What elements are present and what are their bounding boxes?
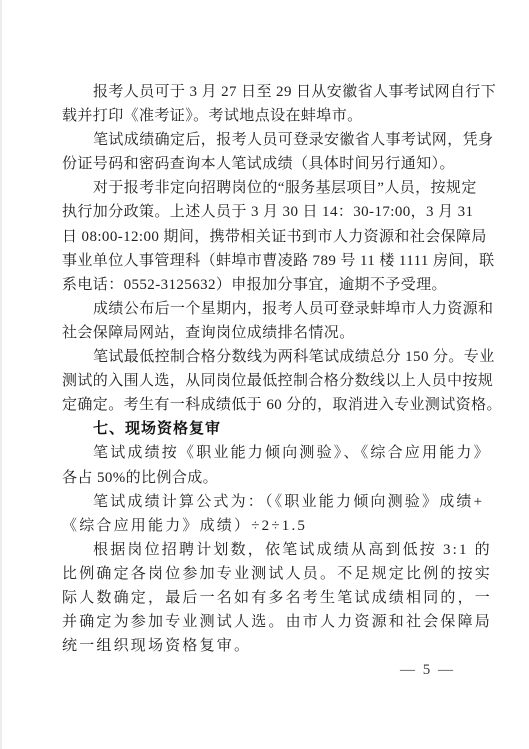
text-line: 并确定为参加专业测试人选。由市人力资源和社会保障局 <box>62 610 469 634</box>
page-number: — 5 — <box>400 662 455 679</box>
document-page: 报考人员可于 3 月 27 日至 29 日从安徽省人事考试网自行下 载并打印《准… <box>0 0 529 749</box>
text-line: 各占 50%的比例合成。 <box>62 466 469 490</box>
text-line: 成绩公布后一个星期内，报考人员可登录蚌埠市人力资源和 <box>62 297 469 321</box>
text-line: 比例确定各岗位参加专业测试人员。不足规定比例的按实 <box>62 562 469 586</box>
text-line: 对于报考非定向招聘岗位的“服务基层项目”人员，按规定 <box>62 176 469 200</box>
text-line: 社会保障局网站，查询岗位成绩排名情况。 <box>62 321 469 345</box>
text-line: 系电话：0552-3125632）申报加分事宜，逾期不予受理。 <box>62 273 469 297</box>
text-line: 笔试成绩计算公式为：（《职业能力倾向测验》成绩+ <box>62 490 469 514</box>
text-line: 事业单位人事管理科（蚌埠市曹凌路 789 号 11 楼 1111 房间，联 <box>62 249 469 273</box>
scan-edge-artifact <box>0 0 2 749</box>
document-body: 报考人员可于 3 月 27 日至 29 日从安徽省人事考试网自行下 载并打印《准… <box>62 80 469 658</box>
text-line: 笔试成绩按《职业能力倾向测验》、《综合应用能力》 <box>62 441 469 465</box>
text-line: 载并打印《准考证》。考试地点设在蚌埠市。 <box>62 104 469 128</box>
text-line: 执行加分政策。上述人员于 3 月 30 日 14：30-17:00，3 月 31 <box>62 200 469 224</box>
text-line: 际人数确定，最后一名如有多名考生笔试成绩相同的，一 <box>62 586 469 610</box>
text-line: 笔试最低控制合格分数线为两科笔试成绩总分 150 分。专业 <box>62 345 469 369</box>
text-line: 《综合应用能力》成绩）÷2÷1.5 <box>62 514 469 538</box>
text-line: 份证号码和密码查询本人笔试成绩（具体时间另行通知）。 <box>62 152 469 176</box>
text-line: 根据岗位招聘计划数，依笔试成绩从高到低按 3:1 的 <box>62 538 469 562</box>
text-line: 报考人员可于 3 月 27 日至 29 日从安徽省人事考试网自行下 <box>62 80 469 104</box>
text-line: 统一组织现场资格复审。 <box>62 634 469 658</box>
section-heading: 七、现场资格复审 <box>62 417 469 441</box>
text-line: 定确定。考生有一科成绩低于 60 分的，取消进入专业测试资格。 <box>62 393 469 417</box>
text-line: 笔试成绩确定后，报考人员可登录安徽省人事考试网，凭身 <box>62 128 469 152</box>
text-line: 日 08:00-12:00 期间，携带相关证书到市人力资源和社会保障局 <box>62 225 469 249</box>
text-line: 测试的入围人选，从同岗位最低控制合格分数线以上人员中按规 <box>62 369 469 393</box>
